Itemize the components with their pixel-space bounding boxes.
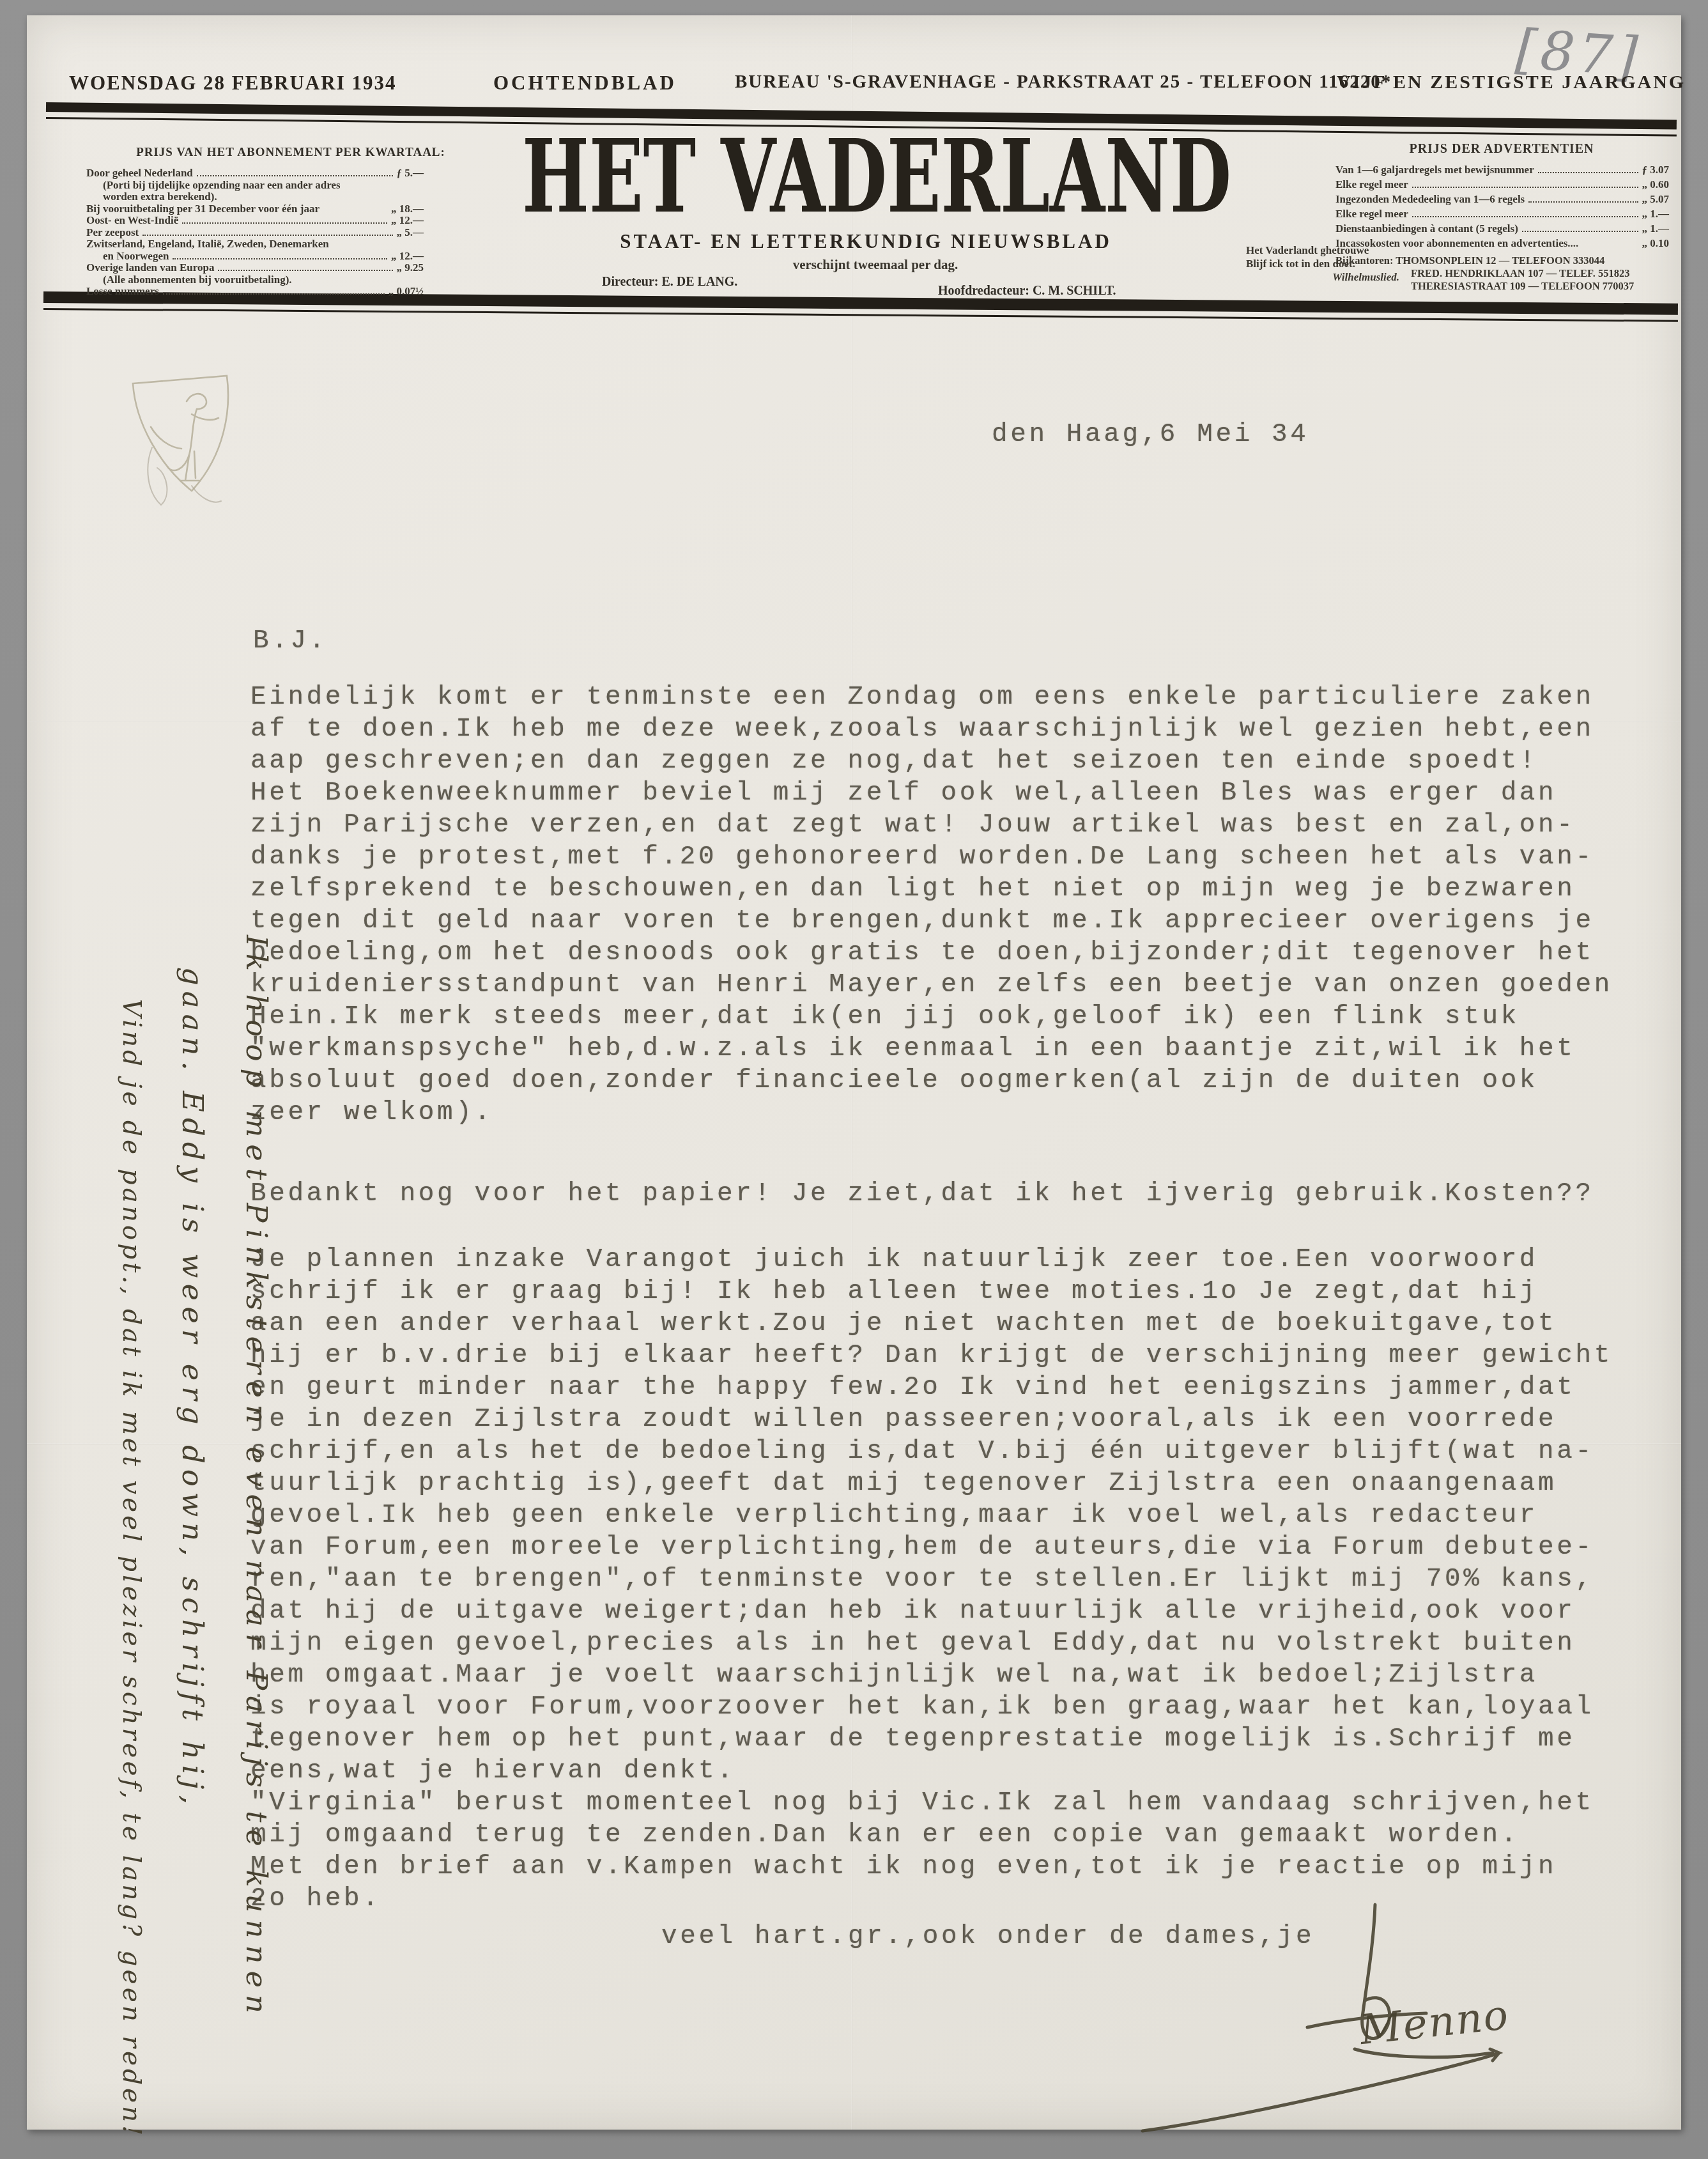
margin-note-line: gaan. Eddy is weer erg down, schrijft hi…: [146, 925, 210, 2114]
price-value: „ 5.—: [397, 227, 424, 239]
price-label: Oost- en West-Indië: [86, 215, 178, 227]
dotted-leader: [163, 293, 385, 295]
price-label: Per zeepost: [86, 227, 139, 239]
price-row: Overige landen van Europa„ 9.25: [86, 262, 424, 274]
price-value: ƒ 3.07: [1642, 162, 1670, 177]
dotted-leader: [218, 270, 392, 271]
price-value: ƒ 5.—: [397, 167, 424, 180]
price-row: worden extra berekend).: [86, 191, 424, 203]
price-label: Elke regel meer: [1335, 177, 1408, 192]
price-label: Zwitserland, Engeland, Italië, Zweden, D…: [86, 238, 329, 251]
subscription-price-list: Door geheel Nederlandƒ 5.— (Porti bij ti…: [86, 167, 424, 298]
dotted-leader: [1412, 187, 1638, 188]
price-value: „ 0.60: [1642, 177, 1670, 192]
price-label: Dienstaanbiedingen à contant (5 regels): [1335, 221, 1518, 236]
price-value: „ 12.—: [391, 215, 424, 227]
price-value: „ 1.—: [1642, 221, 1670, 236]
newspaper-title: HET VADERLAND: [522, 131, 1231, 233]
price-value: „ 0.07½: [389, 286, 424, 298]
price-value: „ 12.—: [391, 251, 424, 263]
price-label: Van 1—6 galjardregels met bewijsnummer: [1335, 162, 1534, 177]
dotted-leader: [182, 222, 387, 224]
price-label: Ingezonden Mededeeling van 1—6 regels: [1335, 192, 1525, 206]
dotted-leader: [173, 258, 387, 259]
price-label: (Porti bij tijdelijke opzending naar een…: [103, 180, 341, 192]
margin-note-line: Ik hoop met Pinksteren even naar Parijs …: [210, 925, 273, 2114]
price-row: Elke regel meer„ 0.60: [1335, 177, 1669, 192]
letter-dateline: den Haag,6 Mei 34: [992, 419, 1309, 451]
letter-paragraph-2: Bedankt nog voor het papier! Je ziet,dat…: [250, 1178, 1650, 1210]
price-label: en Noorwegen: [103, 251, 169, 263]
letter-paragraph-1: Eindelijk komt er tenminste een Zondag o…: [250, 681, 1650, 1129]
price-row: en Noorwegen„ 12.—: [86, 251, 424, 263]
price-row: Van 1—6 galjardregels met bewijsnummerƒ …: [1335, 162, 1669, 177]
branch-offices-block: Bijkantoren: THOMSONPLEIN 12 — TELEFOON …: [1335, 254, 1674, 293]
dotted-leader: [1522, 231, 1638, 232]
price-row: Zwitserland, Engeland, Italië, Zweden, D…: [86, 238, 424, 251]
price-label: Overige landen van Europa: [86, 262, 214, 274]
price-value: „ 0.10: [1642, 236, 1670, 251]
price-label: (Alle abonnementen bij vooruitbetaling).: [103, 274, 292, 286]
price-label: Bij vooruitbetaling per 31 December voor…: [86, 203, 319, 215]
masthead-title-svg: HET VADERLAND: [521, 131, 1243, 233]
handwritten-margin-note: Ik hoop met Pinksteren even naar Parijs …: [82, 925, 273, 2114]
newspaper-subtitle: STAAT- EN LETTERKUNDIG NIEUWSBLAD: [613, 230, 1118, 253]
advertising-price-list: Van 1—6 galjardregels met bewijsnummerƒ …: [1335, 162, 1669, 251]
dotted-leader: [1412, 216, 1638, 217]
frequency-note: verschijnt tweemaal per dag.: [754, 257, 997, 273]
editor-line: Hoofdredacteur: C. M. SCHILT.: [938, 284, 1116, 298]
newspaper-date-line: WOENSDAG 28 FEBRUARI 1934: [69, 72, 396, 95]
price-label: Losse nummers: [86, 286, 159, 298]
price-row: Losse nummers„ 0.07½: [86, 286, 424, 298]
price-row: Bij vooruitbetaling per 31 December voor…: [86, 203, 424, 215]
dotted-leader: [1528, 201, 1638, 203]
price-value: „ 5.07: [1642, 192, 1670, 206]
price-label: Elke regel meer: [1335, 206, 1408, 221]
price-row: Ingezonden Mededeeling van 1—6 regels„ 5…: [1335, 192, 1669, 206]
scanned-letter-page: [87] WOENSDAG 28 FEBRUARI 1934 OCHTENDBL…: [0, 0, 1708, 2159]
dotted-leader: [197, 175, 393, 176]
price-value: „ 9.25: [397, 262, 424, 274]
price-label: Incassokosten voor abonnementen en adver…: [1335, 236, 1578, 251]
advertising-header: PRIJS DER ADVERTENTIEN: [1335, 142, 1668, 157]
price-row: Incassokosten voor abonnementen en adver…: [1335, 236, 1669, 251]
price-row: Per zeepost„ 5.—: [86, 227, 424, 239]
director-line: Directeur: E. DE LANG.: [602, 275, 737, 290]
letter-salutation: B.J.: [253, 625, 328, 657]
price-row: (Alle abonnementen bij vooruitbetaling).: [86, 274, 424, 286]
office-line: FRED. HENDRIKLAAN 107 — TELEF. 551823: [1335, 267, 1674, 280]
newspaper-bureau-line: BUREAU 'S-GRAVENHAGE - PARKSTRAAT 25 - T…: [735, 72, 1392, 93]
price-label: Door geheel Nederland: [86, 167, 193, 180]
letter-closing: veel hart.gr.,ook onder de dames,je: [661, 1921, 1314, 1953]
price-value: „ 18.—: [391, 203, 424, 215]
dotted-leader: [142, 235, 392, 236]
price-row: Dienstaanbiedingen à contant (5 regels)„…: [1335, 221, 1669, 236]
office-line: Bijkantoren: THOMSONPLEIN 12 — TELEFOON …: [1335, 254, 1674, 267]
price-row: (Porti bij tijdelijke opzending naar een…: [86, 180, 424, 192]
office-line: THERESIASTRAAT 109 — TELEFOON 770037: [1335, 280, 1674, 293]
newspaper-volume: VIJF EN ZESTIGSTE JAARGANG: [1337, 72, 1686, 93]
margin-note-line: Vind je de panopt., dat ik met veel plez…: [82, 925, 146, 2114]
newspaper-edition: OCHTENDBLAD: [493, 72, 677, 95]
dotted-leader: [1538, 172, 1638, 173]
subscription-header: PRIJS VAN HET ABONNEMENT PER KWARTAAL:: [86, 146, 495, 160]
price-row: Elke regel meer„ 1.—: [1335, 206, 1669, 221]
letter-paragraph-3: Je plannen inzake Varangot juich ik natu…: [250, 1244, 1650, 1915]
price-label: worden extra berekend).: [103, 191, 217, 203]
price-row: Door geheel Nederlandƒ 5.—: [86, 167, 424, 180]
price-value: „ 1.—: [1642, 206, 1670, 221]
price-row: Oost- en West-Indië„ 12.—: [86, 215, 424, 227]
